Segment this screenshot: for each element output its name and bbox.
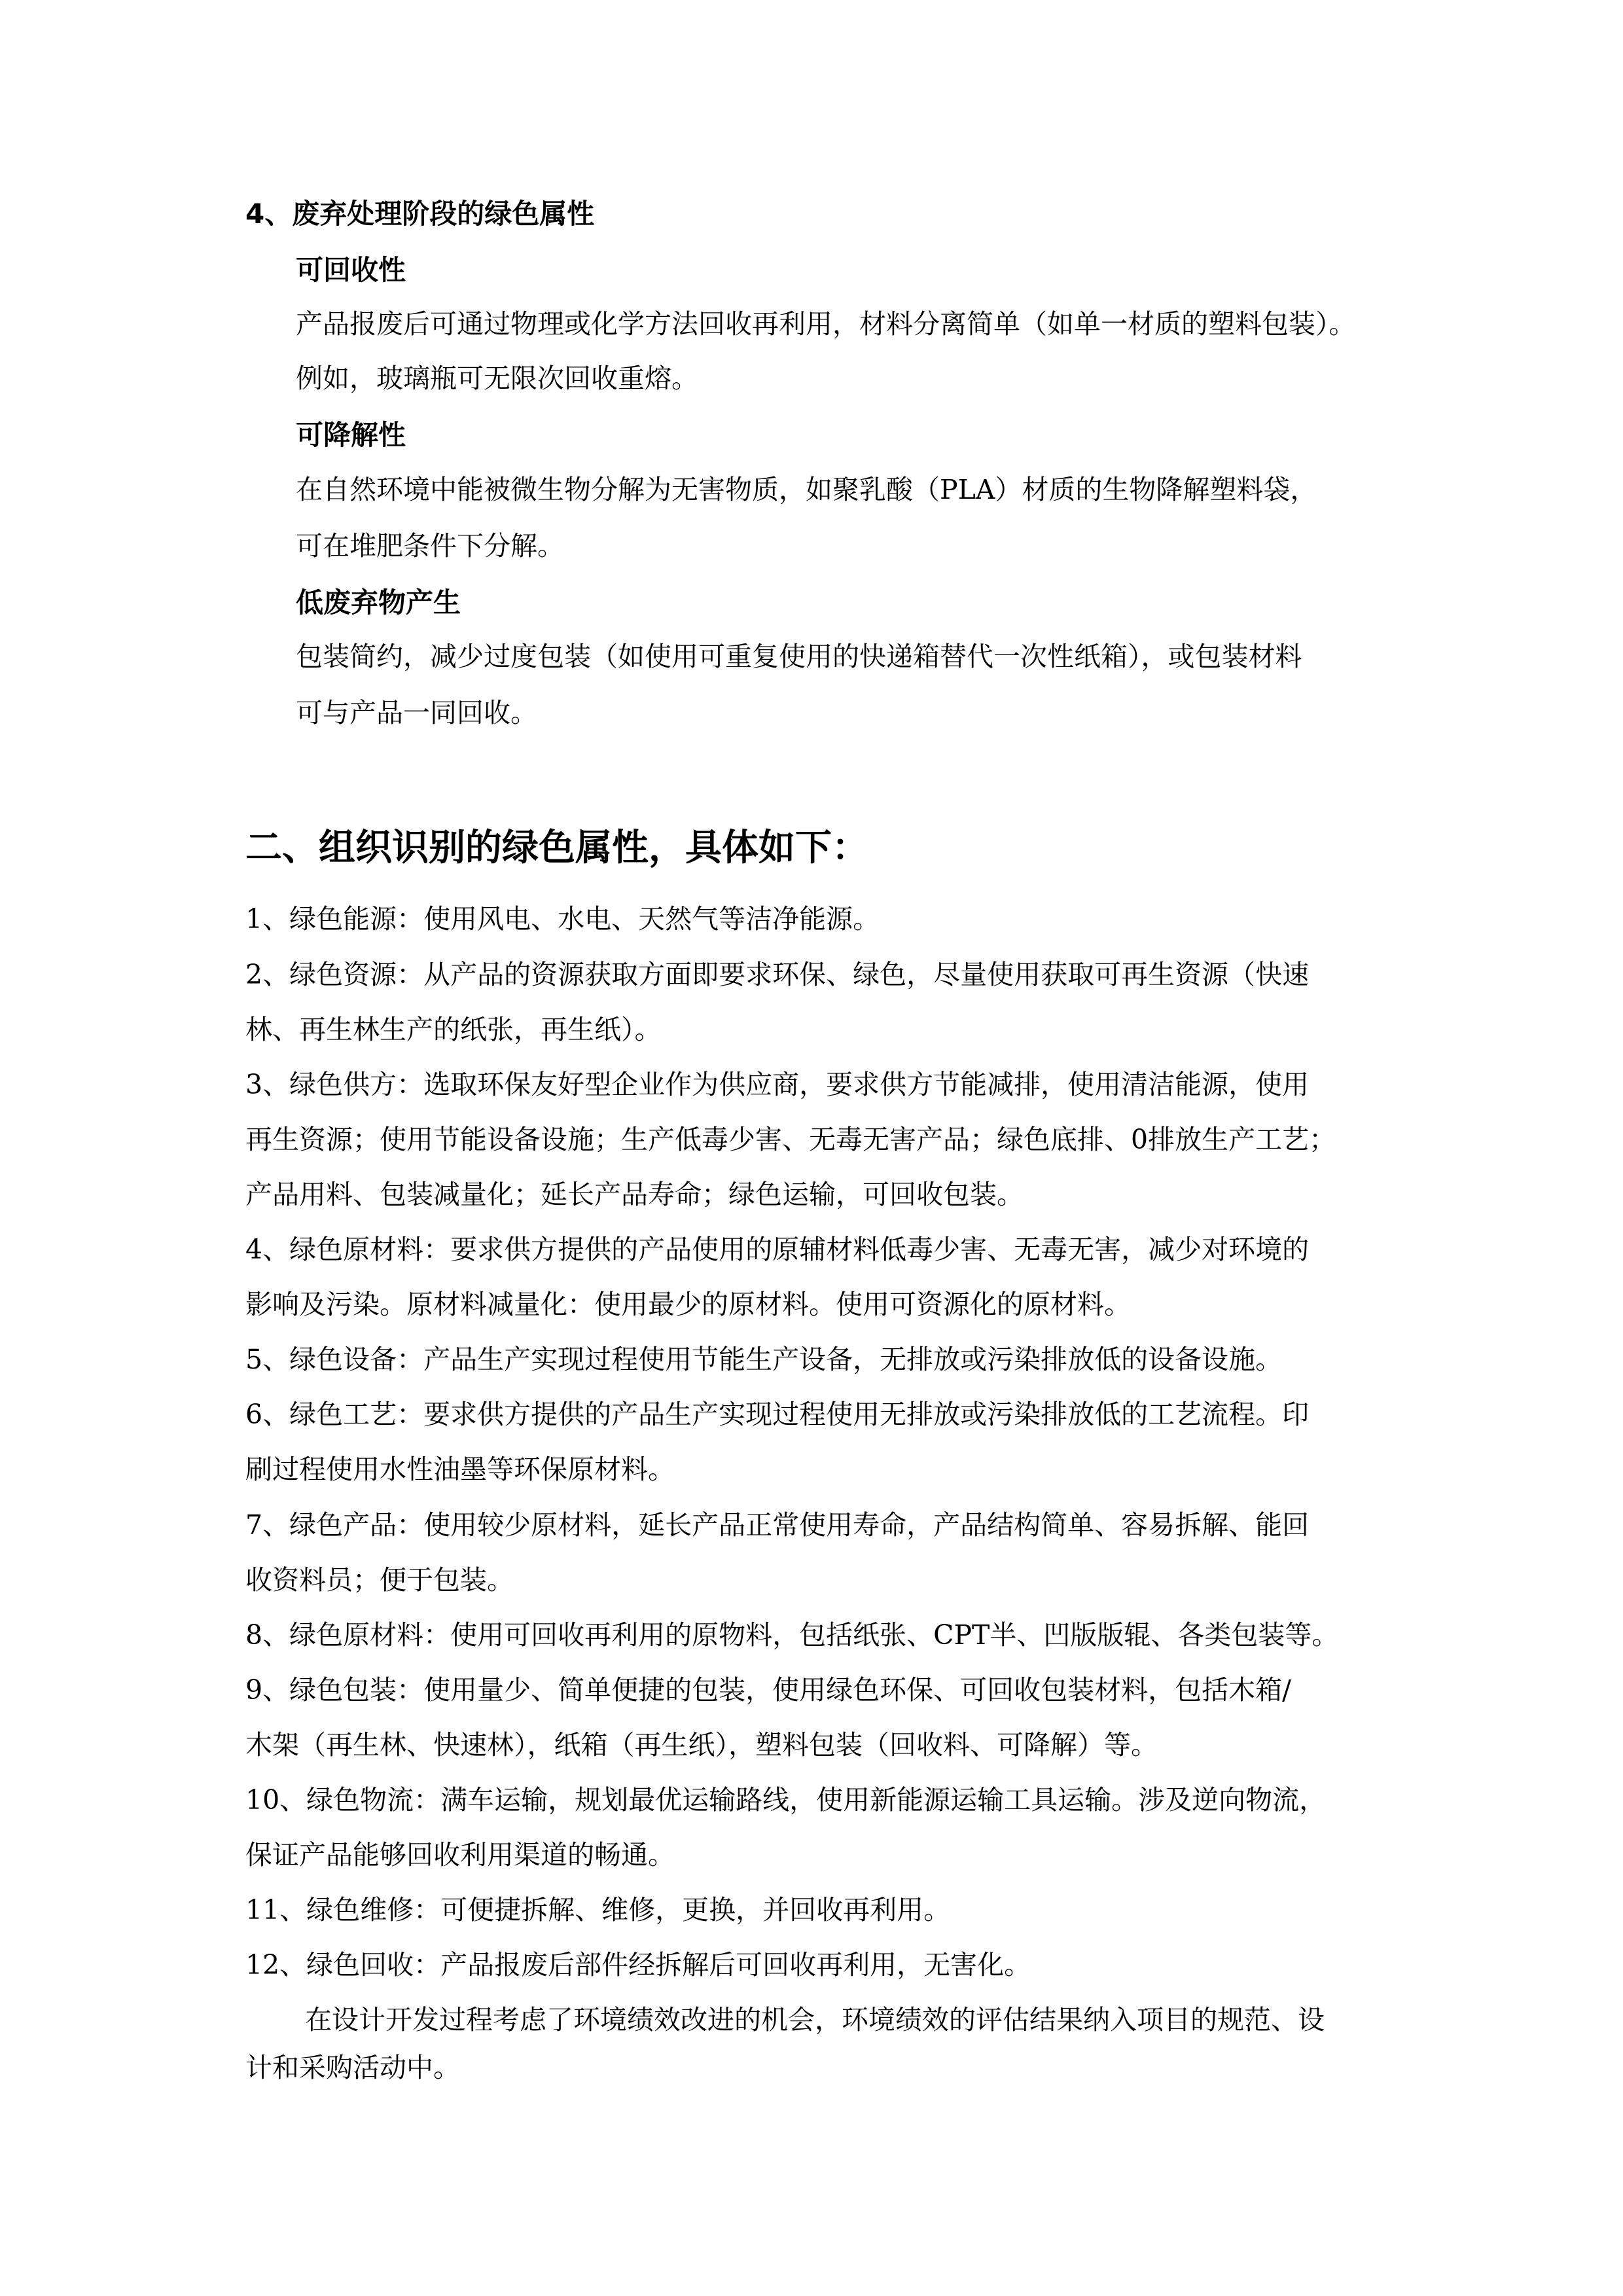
attribute-line: 3、绿色供方：选取环保友好型企业作为供应商，要求供方节能减排，使用清洁能源，使用	[245, 1071, 1309, 1098]
attribute-line: 12、绿色回收：产品报废后部件经拆解后可回收再利用，无害化。	[245, 1952, 1031, 1979]
attribute-line: 8、绿色原材料：使用可回收再利用的原物料，包括纸张、CPT半、凹版版辊、各类包装…	[245, 1622, 1338, 1649]
recyclability-text-line: 例如，玻璃瓶可无限次回收重熔。	[296, 365, 698, 392]
attribute-line: 4、绿色原材料：要求供方提供的产品使用的原辅材料低毒少害、无毒无害，减少对环境的	[245, 1236, 1309, 1263]
recyclability-text-line: 产品报废后可通过物理或化学方法回收再利用，材料分离简单（如单一材质的塑料包装）。	[296, 311, 1356, 338]
attribute-line: 再生资源；使用节能设备设施；生产低毒少害、无毒无害产品；绿色底排、0排放生产工艺…	[245, 1126, 1336, 1153]
attribute-line: 林、再生林生产的纸张，再生纸）。	[245, 1016, 662, 1043]
attribute-line: 1、绿色能源：使用风电、水电、天然气等洁净能源。	[245, 906, 880, 933]
closing-paragraph-line: 在设计开发过程考虑了环境绩效改进的机会，环境绩效的评估结果纳入项目的规范、设	[305, 2007, 1325, 2034]
attribute-line: 保证产品能够回收利用渠道的畅通。	[245, 1842, 675, 1869]
attribute-line: 木架（再生林、快速林），纸箱（再生纸），塑料包装（回收料、可降解）等。	[245, 1732, 1158, 1759]
attribute-line: 影响及污染。原材料减量化：使用最少的原材料。使用可资源化的原材料。	[245, 1291, 1131, 1318]
section-4-heading: 4、废弃处理阶段的绿色属性	[245, 200, 594, 228]
attribute-line: 5、绿色设备：产品生产实现过程使用节能生产设备，无排放或污染排放低的设备设施。	[245, 1346, 1282, 1373]
degradability-text-line: 在自然环境中能被微生物分解为无害物质，如聚乳酸（PLA）材质的生物降解塑料袋，	[296, 476, 1317, 503]
attribute-line: 2、绿色资源：从产品的资源获取方面即要求环保、绿色，尽量使用获取可再生资源（快速	[245, 961, 1309, 988]
subheading-degradability: 可降解性	[296, 422, 406, 449]
attribute-line: 收资料员；便于包装。	[245, 1567, 514, 1594]
subheading-low-waste: 低废弃物产生	[296, 589, 461, 617]
attribute-line: 产品用料、包装减量化；延长产品寿命；绿色运输，可回收包装。	[245, 1181, 1024, 1208]
low-waste-text-line: 可与产品一同回收。	[296, 700, 537, 726]
attribute-line: 6、绿色工艺：要求供方提供的产品生产实现过程使用无排放或污染排放低的工艺流程。印	[245, 1401, 1309, 1428]
attribute-line: 7、绿色产品：使用较少原材料，延长产品正常使用寿命，产品结构简单、容易拆解、能回	[245, 1512, 1309, 1539]
degradability-text-line: 可在堆肥条件下分解。	[296, 533, 564, 560]
subheading-recyclability: 可回收性	[296, 257, 406, 284]
attribute-line: 9、绿色包装：使用量少、简单便捷的包装，使用绿色环保、可回收包装材料，包括木箱/	[245, 1677, 1291, 1704]
attribute-line: 刷过程使用水性油墨等环保原材料。	[245, 1456, 675, 1483]
attribute-line: 10、绿色物流：满车运输，规划最优运输路线，使用新能源运输工具运输。涉及逆向物流…	[245, 1787, 1326, 1814]
document-page: 4、废弃处理阶段的绿色属性 可回收性 产品报废后可通过物理或化学方法回收再利用，…	[0, 0, 1623, 2296]
section-two-heading: 二、组织识别的绿色属性，具体如下：	[245, 830, 868, 867]
low-waste-text-line: 包装简约，减少过度包装（如使用可重复使用的快递箱替代一次性纸箱），或包装材料	[296, 643, 1302, 670]
attribute-line: 11、绿色维修：可便捷拆解、维修，更换，并回收再利用。	[245, 1897, 950, 1924]
closing-paragraph-line: 计和采购活动中。	[245, 2054, 460, 2081]
